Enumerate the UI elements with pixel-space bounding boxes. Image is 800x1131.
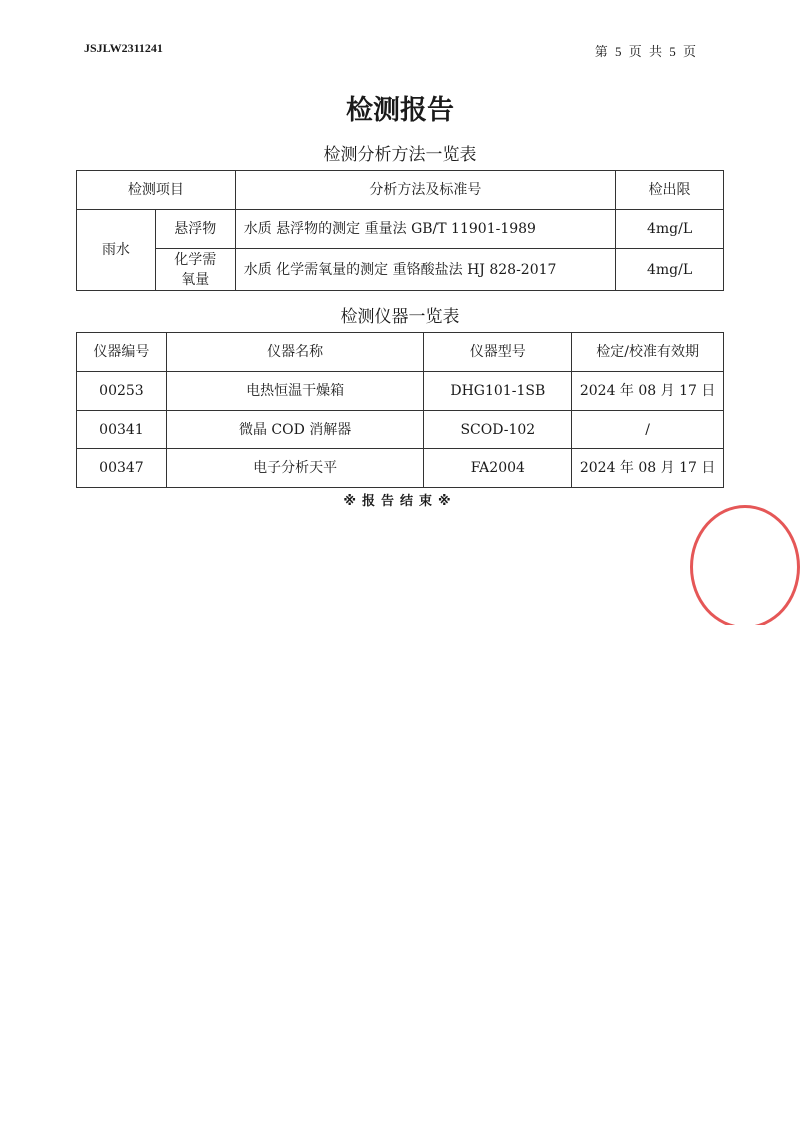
header-method: 分析方法及标准号 xyxy=(235,171,615,210)
item-cell: 悬浮物 xyxy=(155,210,235,249)
methods-table-caption: 检测分析方法一览表 xyxy=(0,140,800,165)
table-row: 雨水 悬浮物 水质 悬浮物的测定 重量法 GB/T 11901-1989 4mg… xyxy=(77,210,724,249)
model-cell: FA2004 xyxy=(424,449,572,488)
item-cell: 化学需 氧量 xyxy=(155,249,235,291)
limit-cell: 4mg/L xyxy=(616,210,724,249)
document-title: 检测报告 xyxy=(0,88,800,127)
report-number: JSJLW2311241 xyxy=(84,41,163,56)
table-row: 00347 电子分析天平 FA2004 2024 年 08 月 17 日 xyxy=(77,449,724,488)
instruments-table: 仪器编号 仪器名称 仪器型号 检定/校准有效期 00253 电热恒温干燥箱 DH… xyxy=(76,332,724,488)
page-info: 第 5 页 共 5 页 xyxy=(595,41,696,60)
model-cell: DHG101-1SB xyxy=(424,372,572,411)
id-cell: 00347 xyxy=(77,449,167,488)
header-item: 检测项目 xyxy=(77,171,236,210)
limit-cell: 4mg/L xyxy=(616,249,724,291)
valid-cell: 2024 年 08 月 17 日 xyxy=(572,449,724,488)
seal-ring-icon xyxy=(690,505,800,625)
header-valid: 检定/校准有效期 xyxy=(572,333,724,372)
official-seal-stamp xyxy=(690,505,800,625)
category-cell: 雨水 xyxy=(77,210,156,291)
table-row: 化学需 氧量 水质 化学需氧量的测定 重铬酸盐法 HJ 828-2017 4mg… xyxy=(77,249,724,291)
methods-header-row: 检测项目 分析方法及标准号 检出限 xyxy=(77,171,724,210)
method-cell: 水质 悬浮物的测定 重量法 GB/T 11901-1989 xyxy=(235,210,615,249)
header-name: 仪器名称 xyxy=(166,333,424,372)
id-cell: 00341 xyxy=(77,411,167,449)
table-row: 00341 微晶 COD 消解器 SCOD-102 / xyxy=(77,411,724,449)
instruments-table-caption: 检测仪器一览表 xyxy=(0,302,800,327)
header-limit: 检出限 xyxy=(616,171,724,210)
header-model: 仪器型号 xyxy=(424,333,572,372)
id-cell: 00253 xyxy=(77,372,167,411)
valid-cell: / xyxy=(572,411,724,449)
table-row: 00253 电热恒温干燥箱 DHG101-1SB 2024 年 08 月 17 … xyxy=(77,372,724,411)
name-cell: 电子分析天平 xyxy=(166,449,424,488)
name-cell: 微晶 COD 消解器 xyxy=(166,411,424,449)
model-cell: SCOD-102 xyxy=(424,411,572,449)
instruments-header-row: 仪器编号 仪器名称 仪器型号 检定/校准有效期 xyxy=(77,333,724,372)
report-end-mark: ※报告结束※ xyxy=(0,490,800,509)
name-cell: 电热恒温干燥箱 xyxy=(166,372,424,411)
item-line: 化学需 xyxy=(156,250,235,270)
methods-table: 检测项目 分析方法及标准号 检出限 雨水 悬浮物 水质 悬浮物的测定 重量法 G… xyxy=(76,170,724,291)
header-id: 仪器编号 xyxy=(77,333,167,372)
valid-cell: 2024 年 08 月 17 日 xyxy=(572,372,724,411)
method-cell: 水质 化学需氧量的测定 重铬酸盐法 HJ 828-2017 xyxy=(235,249,615,291)
item-line: 氧量 xyxy=(156,270,235,290)
